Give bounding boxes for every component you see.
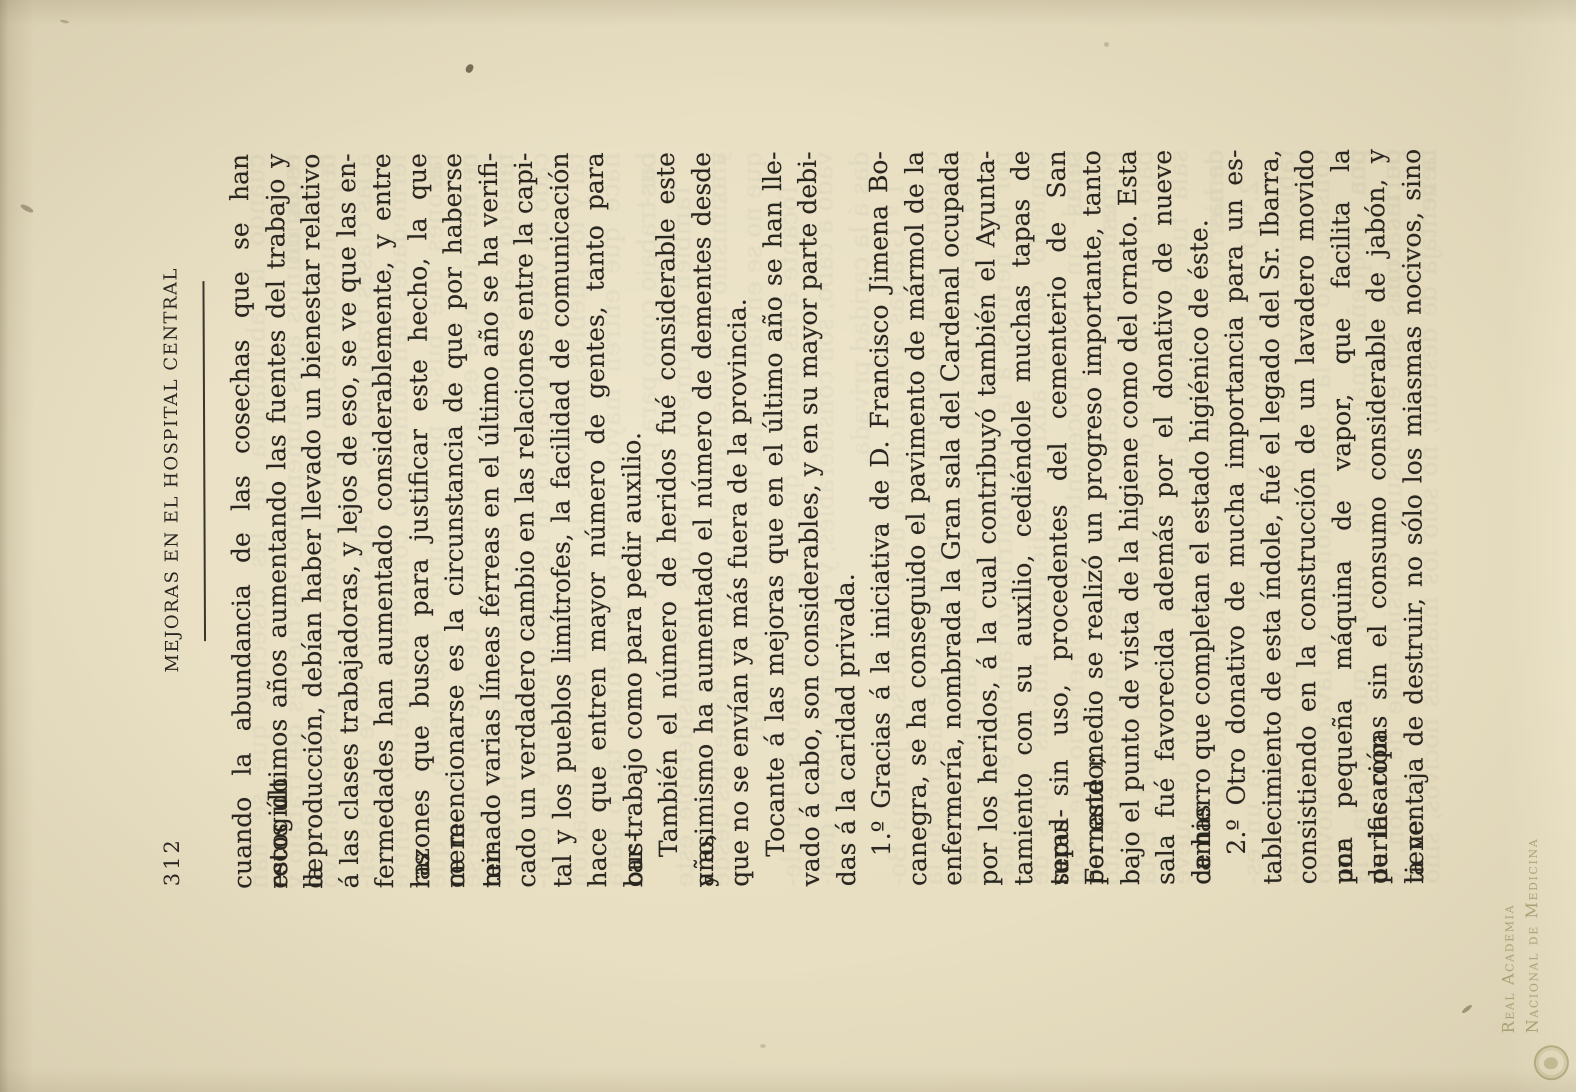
text-line: de las ropas sin el consumo considerable… <box>1358 149 1397 884</box>
text-line: 1.º Gracias á la iniciativa de D. Franci… <box>861 151 900 886</box>
document-page: 312 MEJORAS EN EL HOSPITAL CENTRAL cuand… <box>0 0 1576 1092</box>
text-line: Tocante á las mejoras que en el último a… <box>754 152 793 887</box>
text-line: vado á cabo, son considerables, y en su … <box>790 151 829 886</box>
text-line: hace que entren mayor número de gentes, … <box>577 152 616 887</box>
text-line: turas sin uso, procedentes del cementeri… <box>1038 150 1077 885</box>
scanned-book-page: 312 MEJORAS EN EL HOSPITAL CENTRAL cuand… <box>0 0 1576 1092</box>
text-line: una pequeña máquina de vapor, que facili… <box>1322 149 1361 884</box>
text-line: das á la caridad privada. <box>825 151 864 886</box>
text-line: á las clases trabajadoras, y lejos de es… <box>328 153 367 888</box>
text-line: tablecimiento de esta índole, fué el leg… <box>1251 149 1290 884</box>
running-title: MEJORAS EN EL HOSPITAL CENTRAL <box>160 102 184 837</box>
text-line: tal y los pueblos limítrofes, la facilid… <box>541 152 580 887</box>
body-text: cuando la abundancia de las cosechas que… <box>222 149 1432 889</box>
stamp-seal-icon <box>1534 1045 1569 1080</box>
text-line: por este medio se realizó un progreso im… <box>1074 150 1113 885</box>
text-line: cuando la abundancia de las cosechas que… <box>222 154 261 889</box>
header-rule <box>202 281 206 641</box>
library-stamp: Real Academia Nacional de Medicina <box>1490 665 1492 1085</box>
text-line: canegra, se ha conseguido el pavimento d… <box>896 151 935 886</box>
text-line: que no se envían ya más fuera de la prov… <box>719 152 758 887</box>
text-line: bajo el punto de vista de la higiene com… <box>1109 150 1148 885</box>
text-line: consistiendo en la construcción de un la… <box>1287 149 1326 884</box>
text-line: También el número de heridos fué conside… <box>648 152 687 887</box>
text-line: 2.º Otro donativo de mucha importancia p… <box>1216 150 1255 885</box>
text-line: minado varias líneas férreas en el últim… <box>470 153 509 888</box>
text-line: car trabajo como para pedir auxilio. <box>612 152 651 887</box>
text-line: fermedades han aumentado considerablemen… <box>364 153 403 888</box>
text-line: sala fué favorecida además por el donati… <box>1145 150 1184 885</box>
text-line: y asimismo ha aumentado el número de dem… <box>683 152 722 887</box>
text-line: la producción, debían haber llevado un b… <box>293 154 332 889</box>
text-line: ce mencionarse es la circunstancia de qu… <box>435 153 474 888</box>
stamp-line-2: Nacional de Medicina <box>1522 838 1542 1034</box>
text-line: la ventaja de destruir, no sólo los mias… <box>1393 149 1432 884</box>
text-line: tamiento con su auxilio, cediéndole much… <box>1003 150 1042 885</box>
text-line: razones que busca para justificar este h… <box>399 153 438 888</box>
page-number: 312 <box>160 837 184 886</box>
text-line: enfermería, nombrada la Gran sala del Ca… <box>932 151 971 886</box>
text-line: cado un verdadero cambio en las relacion… <box>506 153 545 888</box>
text-line: estos últimos años aumentando las fuente… <box>257 154 296 889</box>
stamp-line-1: Real Academia <box>1498 904 1518 1034</box>
text-line: por los heridos, á la cual contribuyó ta… <box>967 151 1006 886</box>
text-line: de hierro que completan el estado higién… <box>1180 150 1219 885</box>
